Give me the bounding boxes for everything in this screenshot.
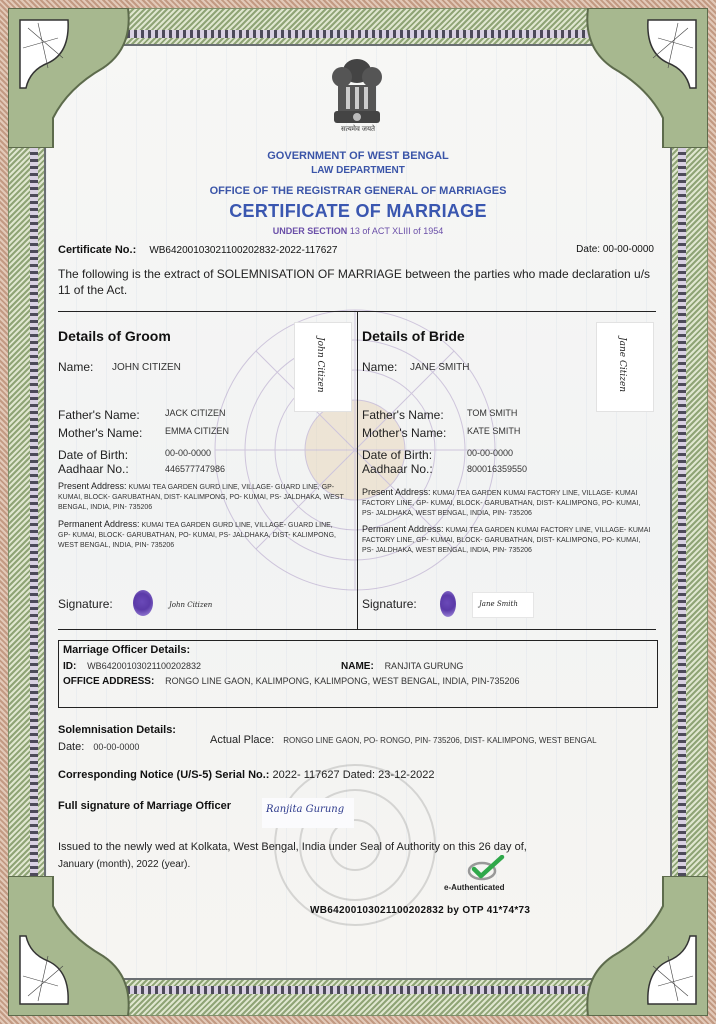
groom-dob: 00-00-0000: [165, 448, 211, 458]
marriage-officer-name-value: RANJITA GURUNG: [385, 661, 464, 671]
certificate-date-label: Date:: [576, 244, 600, 255]
notice-serial-value: 2022- 117627: [273, 769, 340, 781]
marriage-officer-address: OFFICE ADDRESS: RONGO LINE GAON, KALIMPO…: [63, 676, 520, 687]
officer-signature-label: Full signature of Marriage Officer: [58, 800, 231, 812]
groom-present-address: Present Address: KUMAI TEA GARDEN GURD L…: [58, 481, 344, 513]
department-heading: LAW DEPARTMENT: [0, 165, 716, 176]
bride-dob: 00-00-0000: [467, 448, 513, 458]
solemnisation-date-label: Date:: [58, 741, 84, 753]
groom-signature-text: John Citizen: [169, 601, 212, 609]
certificate-title: CERTIFICATE OF MARRIAGE: [0, 201, 716, 222]
groom-present-address-label: Present Address:: [58, 481, 127, 491]
government-heading: GOVERNMENT OF WEST BENGAL: [0, 150, 716, 162]
issued-year: 2022 (year).: [136, 859, 190, 870]
bride-section-title: Details of Bride: [362, 328, 465, 344]
bride-name-label: Name:: [362, 360, 397, 374]
bride-father: TOM SMITH: [467, 408, 517, 418]
groom-aadhaar: 446577747986: [165, 464, 225, 474]
e-authenticated-label: e-Authenticated: [444, 883, 504, 892]
bride-photo: Jane Citizen: [596, 322, 654, 412]
solemnisation-title: Solemnisation Details:: [58, 724, 176, 736]
bride-permanent-address-label: Permanent Address:: [362, 524, 444, 534]
groom-photo-signature: John Citizen: [315, 337, 325, 393]
groom-dob-label: Date of Birth:: [58, 448, 128, 462]
emblem-motto: सत्यमेव जयते: [320, 125, 396, 134]
certificate-date-value: 00-00-0000: [603, 244, 654, 255]
certificate-number-row: Certificate No.: WB64200103021100202832-…: [58, 244, 654, 256]
groom-mother-label: Mother's Name:: [58, 426, 142, 440]
groom-name: JOHN CITIZEN: [112, 362, 181, 373]
bride-signature-text: Jane Smith: [479, 600, 518, 608]
groom-permanent-address-label: Permanent Address:: [58, 519, 140, 529]
divider: [357, 311, 358, 629]
notice-dated-value: 23-12-2022: [378, 769, 434, 781]
marriage-officer-address-label: OFFICE ADDRESS:: [63, 676, 154, 687]
bride-mother-label: Mother's Name:: [362, 426, 446, 440]
bride-thumbprint-icon: [440, 591, 456, 617]
corner-ornament-icon: [558, 876, 708, 1016]
issued-statement: Issued to the newly wed at Kolkata, West…: [58, 838, 658, 874]
solemnisation-date: Date: 00-00-0000: [58, 741, 139, 753]
office-heading: OFFICE OF THE REGISTRAR GENERAL OF MARRI…: [0, 185, 716, 197]
marriage-officer-title: Marriage Officer Details:: [63, 644, 190, 656]
groom-thumbprint-icon: [133, 590, 153, 616]
solemnisation-place: Actual Place: RONGO LINE GAON, PO- RONGO…: [210, 733, 650, 748]
border-lattice-bottom: [120, 986, 596, 994]
notice-serial: Corresponding Notice (U/S-5) Serial No.:…: [58, 769, 434, 781]
issued-date-line: January (month), 2022 (year).: [58, 856, 658, 874]
marriage-officer-box: Marriage Officer Details: ID: WB64200103…: [58, 640, 658, 708]
groom-aadhaar-label: Aadhaar No.:: [58, 462, 129, 476]
bride-signature-label: Signature:: [362, 597, 417, 611]
bride-photo-signature: Jane Citizen: [617, 337, 627, 392]
issued-month: January (month),: [58, 859, 134, 870]
groom-father: JACK CITIZEN: [165, 408, 226, 418]
bride-permanent-address: Permanent Address: KUMAI TEA GARDEN KUMA…: [362, 524, 652, 556]
certificate-date: Date: 00-00-0000: [576, 244, 654, 255]
groom-father-label: Father's Name:: [58, 408, 140, 422]
bride-present-address-label: Present Address:: [362, 487, 431, 497]
issued-text-main: Issued to the newly wed at Kolkata, West…: [58, 838, 658, 856]
bride-name: JANE SMITH: [410, 362, 469, 373]
marriage-officer-address-value: RONGO LINE GAON, KALIMPONG, KALIMPONG, W…: [165, 676, 519, 686]
bride-aadhaar: 800016359550: [467, 464, 527, 474]
bride-dob-label: Date of Birth:: [362, 448, 432, 462]
marriage-officer-id: ID: WB64200103021100202832: [63, 661, 201, 672]
groom-signature: John Citizen: [163, 594, 223, 618]
bride-mother: KATE SMITH: [467, 426, 520, 436]
act-prefix: UNDER SECTION: [273, 226, 348, 236]
groom-section-title: Details of Groom: [58, 328, 171, 344]
border-lattice-right: [678, 120, 686, 904]
notice-label: Corresponding Notice (U/S-5) Serial No.:: [58, 769, 269, 781]
groom-signature-label: Signature:: [58, 597, 113, 611]
solemnisation-place-label: Actual Place:: [210, 734, 274, 746]
solemnisation-place-value: RONGO LINE GAON, PO- RONGO, PIN- 735206,…: [283, 736, 596, 745]
bride-father-label: Father's Name:: [362, 408, 444, 422]
marriage-officer-id-label: ID:: [63, 661, 76, 672]
act-reference: UNDER SECTION 13 of ACT XLIII of 1954: [0, 226, 716, 236]
bride-aadhaar-label: Aadhaar No.:: [362, 462, 433, 476]
groom-photo: John Citizen: [294, 322, 352, 412]
border-lattice-left: [30, 120, 38, 904]
otp-verification-line: WB64200103021100202832 by OTP 41*74*73: [310, 905, 530, 916]
groom-mother: EMMA CITIZEN: [165, 426, 229, 436]
certificate-number-label: Certificate No.:: [58, 244, 136, 256]
groom-name-label: Name:: [58, 360, 93, 374]
groom-permanent-address: Permanent Address: KUMAI TEA GARDEN GURD…: [58, 519, 344, 551]
corner-ornament-icon: [558, 8, 708, 148]
bride-signature: Jane Smith: [472, 592, 534, 618]
act-section: 13 of ACT XLIII of 1954: [350, 226, 443, 236]
extract-text: The following is the extract of SOLEMNIS…: [58, 266, 654, 298]
certificate-number: WB64200103021100202832-2022-117627: [149, 245, 337, 256]
corner-ornament-icon: [8, 876, 158, 1016]
corner-ornament-icon: [8, 8, 158, 148]
border-lattice-top: [120, 30, 596, 38]
bride-present-address: Present Address: KUMAI TEA GARDEN KUMAI …: [362, 487, 652, 519]
solemnisation-date-value: 00-00-0000: [93, 742, 139, 752]
notice-dated-label: Dated:: [343, 769, 375, 781]
officer-signature: Ranjita Gurung: [262, 798, 354, 828]
marriage-officer-name: NAME: RANJITA GURUNG: [341, 661, 463, 672]
e-authenticated-check-icon: [466, 855, 506, 881]
marriage-officer-id-value: WB64200103021100202832: [87, 661, 201, 671]
marriage-officer-name-label: NAME:: [341, 661, 374, 672]
divider: [58, 629, 656, 630]
